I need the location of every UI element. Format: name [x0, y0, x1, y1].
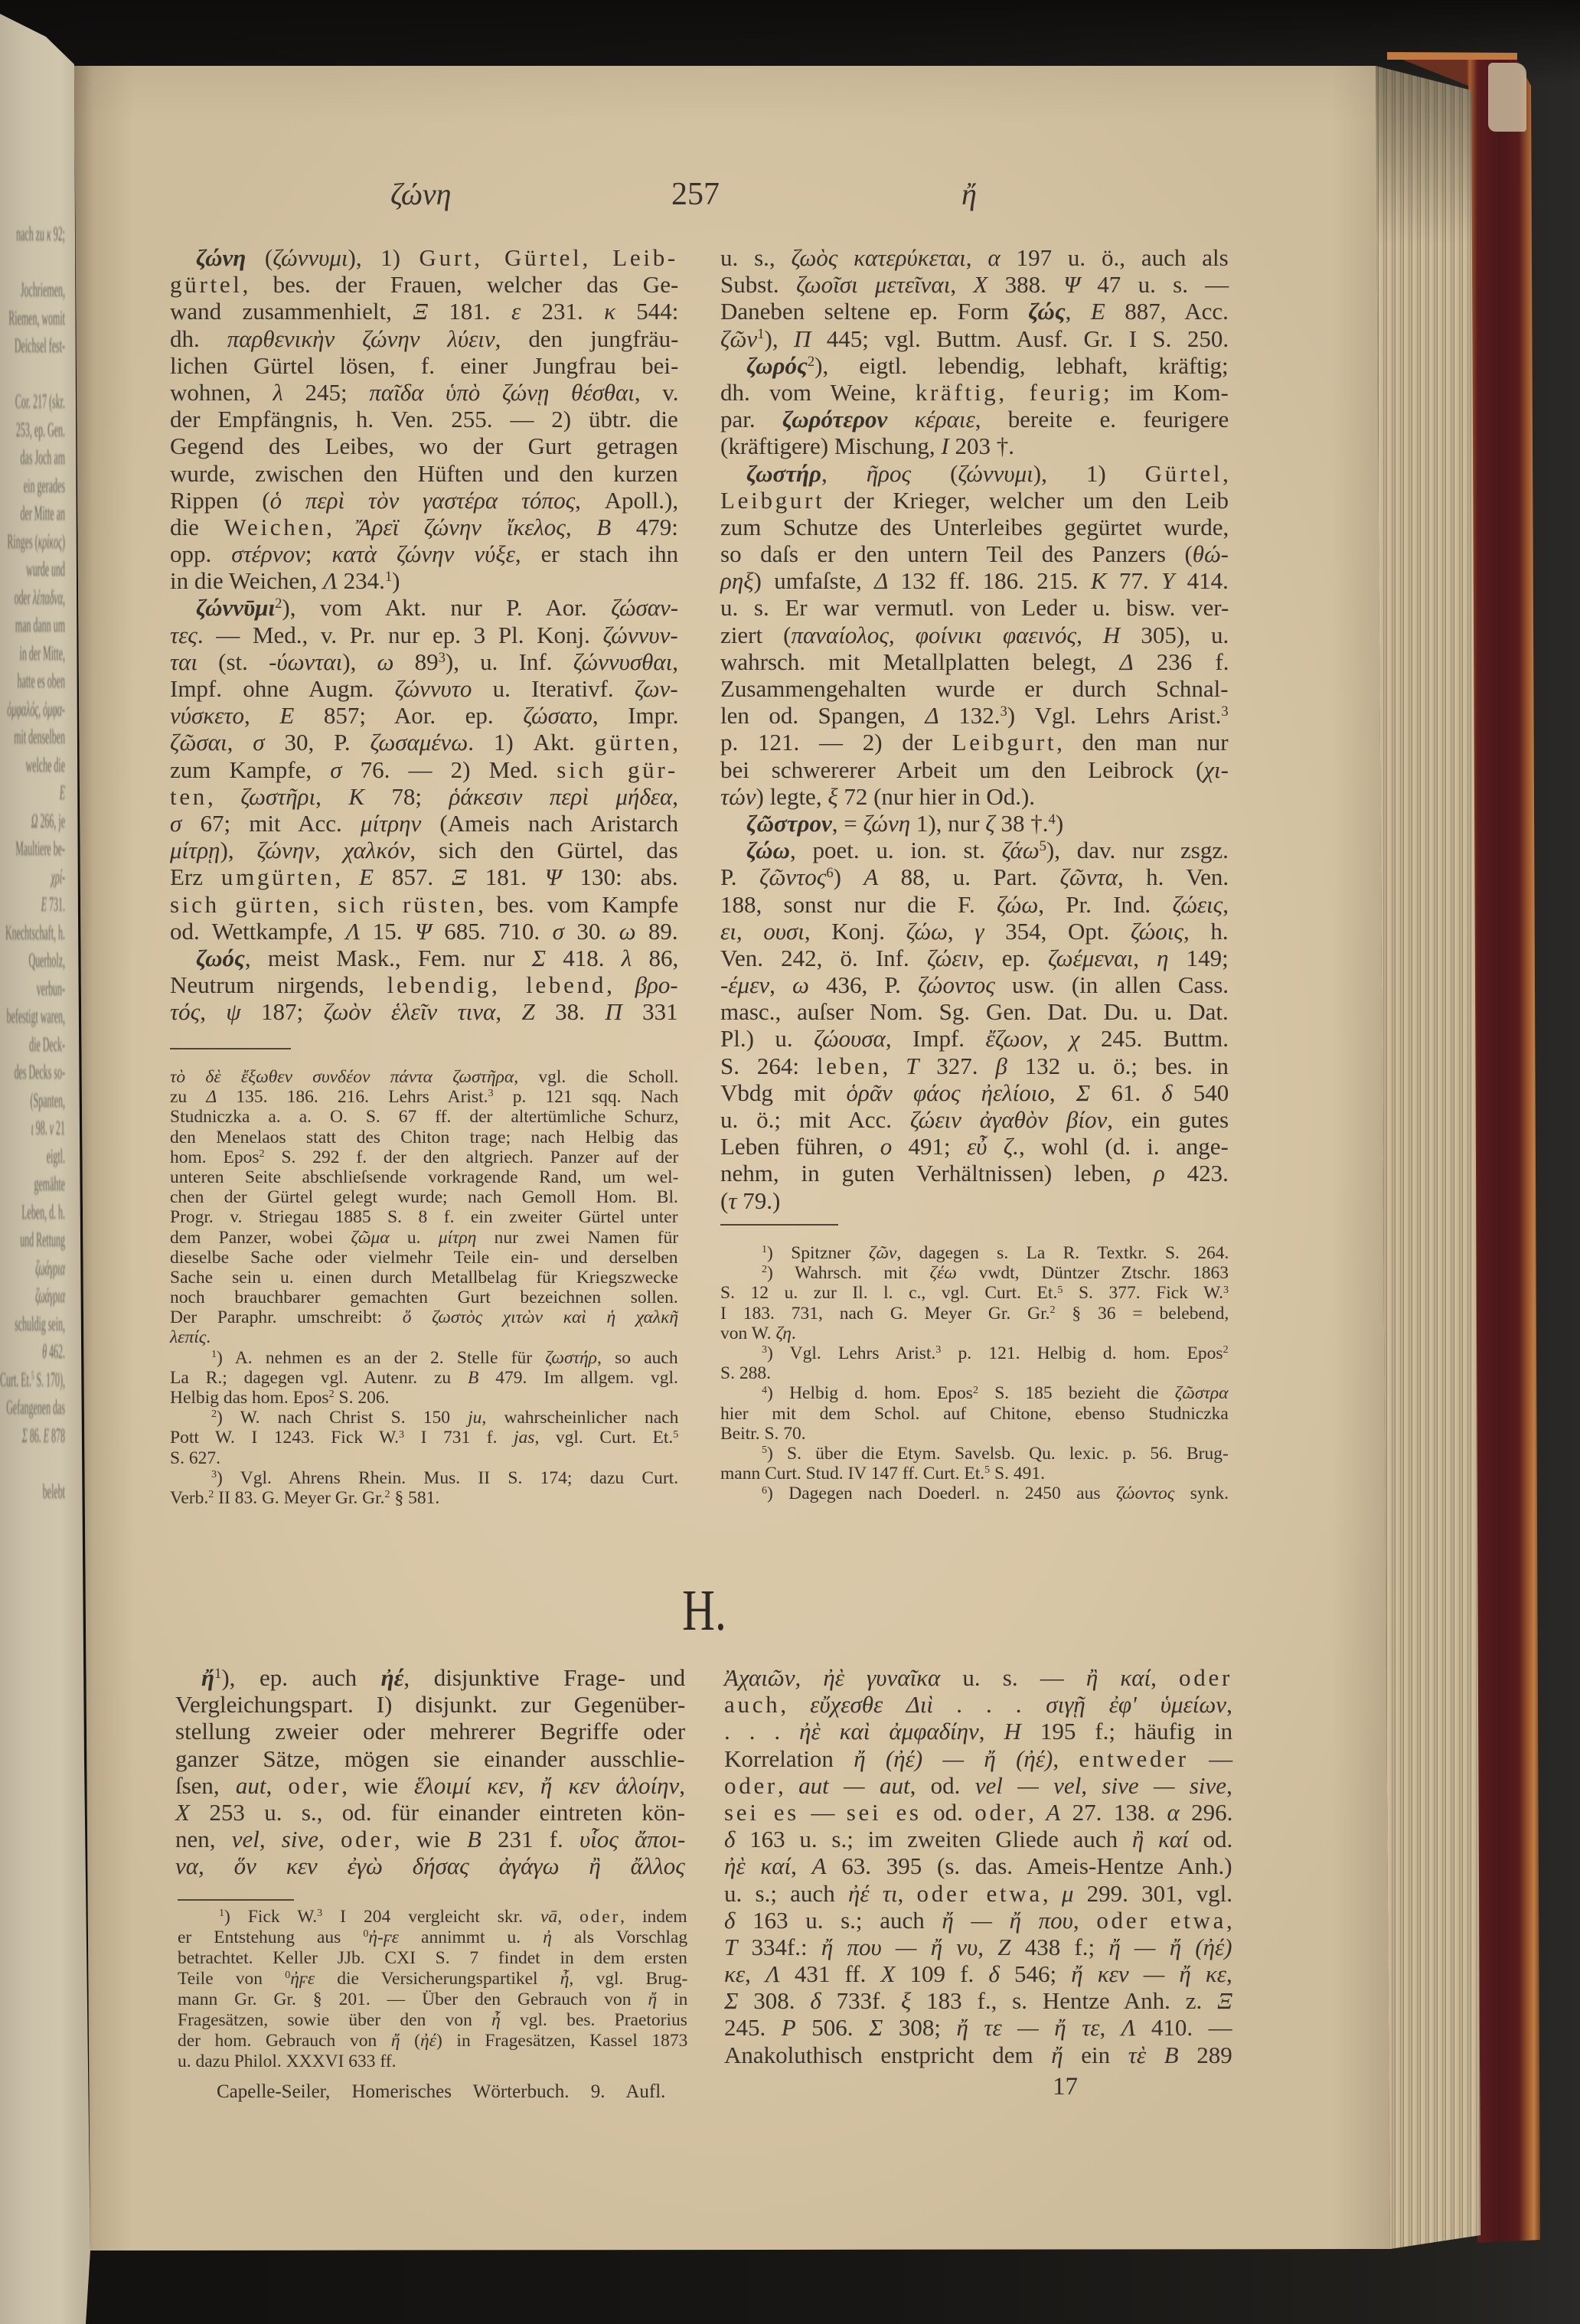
- text-run: (: [720, 1187, 728, 1214]
- italic-text: ἠέ τι: [848, 1880, 898, 1907]
- text-run: .: [792, 1324, 796, 1343]
- italic-text: κ: [604, 298, 615, 325]
- italic-text: Ἄρεϊ ζώνην ἴκελος: [357, 514, 566, 540]
- text-run: ) Dagegen nach Doederl. n. 2450 aus: [767, 1484, 1116, 1503]
- text-run: synk.: [1174, 1484, 1229, 1503]
- text-line: zum Schutze des Unterleibes gegürtet wur…: [720, 514, 1229, 540]
- text-run: Leben, d. h.: [21, 1201, 65, 1223]
- text-run: Teile von: [178, 1969, 285, 1989]
- italic-text: ω: [377, 648, 394, 675]
- italic-text: E: [41, 893, 47, 916]
- text-run: dem Panzer, wobei: [170, 1228, 351, 1248]
- italic-text: ζώννυν-: [603, 622, 678, 648]
- footnote-marker: 2: [762, 1263, 767, 1275]
- text-run: Anakoluthisch enstpricht dem: [724, 2042, 1051, 2068]
- text-run: 733f.: [821, 1987, 901, 2014]
- text-run: . . .: [724, 1718, 799, 1745]
- text-run: u. ö.; mit Acc.: [720, 1106, 910, 1133]
- left-column-top: ζώνη (ζώννυμι), 1) Gurt, Gürtel, Leib-gü…: [170, 244, 678, 1025]
- italic-text: ζώσατο: [523, 702, 592, 729]
- italic-text: ζῶσαι: [170, 729, 227, 756]
- text-line: Ven. 242, ö. Inf. ζώειν, ep. ζωέμεναι, η…: [720, 945, 1229, 971]
- spaced-text: sich gürten, sich rüsten: [170, 891, 478, 918]
- text-run: ): [1056, 810, 1063, 837]
- italic-text: τες: [170, 622, 197, 648]
- text-run: Progr. v. Striegau 1885 S. 8 f. ein zwei…: [170, 1207, 678, 1227]
- line-text: Querholz,: [29, 947, 65, 975]
- line-text: Σ 308. δ 733f. ξ 183 f., s. Hentze Anh. …: [724, 1987, 1232, 2014]
- right-column-bottom: Ἀχαιῶν, ἠὲ γυναῖκα u. s. — ἢ καί, oderau…: [724, 1664, 1232, 2068]
- line-text: Vergleichungspart. I) disjunkt. zur Gege…: [175, 1691, 685, 1718]
- text-line: die Deck-: [0, 1031, 65, 1059]
- italic-text: ὀμφαλός, ὀμφα-: [7, 698, 65, 720]
- italic-text: ζώννυμι: [273, 244, 348, 271]
- line-text: δ 163 u. s.; auch ἤ — ἤ που, oder etwa,: [724, 1907, 1232, 1934]
- text-run: p. 121. — 2) der: [720, 729, 952, 756]
- text-run: ) S. über die Etym. Savelsb. Qu. lexic. …: [767, 1444, 1229, 1464]
- text-line: S. 264: leben, T 327. β 132 u. ö.; bes. …: [720, 1053, 1229, 1079]
- line-text: mit denselben: [14, 723, 65, 752]
- spaced-text: oder: [1179, 1664, 1232, 1691]
- text-line: I 183. 731, nach G. Meyer Gr. Gr.2 § 36 …: [720, 1304, 1229, 1324]
- line-text: Sache sein u. einen durch Metallbelag fü…: [170, 1268, 678, 1288]
- text-line: mann Gr. Gr. § 201. — Über den Gebrauch …: [178, 1989, 687, 2010]
- italic-text: ῥάκεσιν περὶ μήδεα: [449, 783, 672, 810]
- text-run: ,: [1099, 2014, 1121, 2041]
- italic-text: X: [973, 271, 987, 298]
- text-line: u. ö.; mit Acc. ζώειν ἀγαθὸν βίον, ein g…: [720, 1106, 1229, 1133]
- italic-text: ζῶν: [720, 325, 757, 352]
- text-run: 231.: [521, 298, 604, 325]
- line-text: λεπίς.: [170, 1327, 211, 1347]
- text-line: Σ 86. E 878: [0, 1422, 65, 1451]
- footnote-marker: 1: [757, 326, 764, 342]
- text-run: usw. (in allen Cass.: [995, 971, 1229, 998]
- text-run: ,: [769, 971, 792, 998]
- text-run: , den jungfräu-: [495, 325, 679, 352]
- text-run: ,: [1050, 1079, 1076, 1106]
- text-run: , wahrscheinlicher nach: [482, 1408, 678, 1428]
- text-run: Cor. 217 (skr.: [15, 390, 65, 413]
- text-line: Knechtschaft, h.: [0, 919, 65, 948]
- text-line: χρί-: [0, 863, 65, 892]
- text-run: , so auch: [597, 1348, 678, 1368]
- line-text: Ω 266, je: [31, 808, 65, 836]
- line-text: ζῶστρον, = ζώνη 1), nur ζ 38 †.4): [746, 810, 1063, 840]
- text-line: Vergleichungspart. I) disjunkt. zur Gege…: [175, 1691, 685, 1718]
- imprint-text: Capelle-Seiler, Homerisches Wörterbuch. …: [217, 2081, 665, 2104]
- italic-text: E: [60, 782, 65, 804]
- text-run: II 83. G. Meyer Gr. Gr.: [214, 1488, 384, 1508]
- text-run: , sich den Gürtel, das: [410, 837, 677, 863]
- line-text: 3) Vgl. Ahrens Rhein. Mus. II S. 174; da…: [211, 1468, 678, 1490]
- text-line: Sache sein u. einen durch Metallbelag fü…: [170, 1268, 678, 1288]
- text-run: ,: [978, 1934, 997, 1960]
- italic-text: εὖ ζ.: [967, 1133, 1019, 1160]
- italic-text: να, ὅν κεν ἐγὼ δήσας ἀγάγω ἢ ἄλλος: [175, 1852, 685, 1879]
- line-text: eigtl.: [47, 1143, 65, 1171]
- text-line: bei schwererer Arbeit um den Leibrock (χ…: [720, 756, 1229, 783]
- text-run: annimmt u.: [399, 1927, 543, 1947]
- line-text: wahrsch. mit Metallplatten belegt, Δ 236…: [720, 648, 1229, 675]
- text-run: ,: [557, 1907, 579, 1927]
- printer-signature: 17: [1053, 2074, 1078, 2100]
- text-run: Vbdg mit: [720, 1079, 846, 1106]
- italic-text: ἤ: [391, 2031, 400, 2051]
- text-run: ), u. Inf.: [446, 648, 573, 675]
- text-line: ζώνη (ζώννυμι), 1) Gurt, Gürtel, Leib-: [170, 244, 678, 271]
- line-text: 2) Wahrsch. mit ζέω vwdt, Düntzer Ztschr…: [762, 1263, 1229, 1285]
- text-run: masc., auſser Nom. Sg. Gen. Dat. Du. u. …: [720, 998, 1229, 1025]
- italic-text: α: [987, 244, 1000, 271]
- text-run: ),: [765, 325, 795, 352]
- line-text: τὸ δὲ ἔξωθεν συνδέον πάντα ζωστῆρα, vgl.…: [170, 1067, 678, 1087]
- line-text: Vbdg mit ὁρᾶν φάος ἠελίοιο, Σ 61. δ 540: [720, 1079, 1229, 1106]
- text-line: noch brauchbarer gemachten Gurt bezeichn…: [170, 1288, 678, 1307]
- text-run: nur zwei Namen für: [476, 1228, 678, 1248]
- line-text: (kräftigere) Mischung, I 203 †.: [720, 432, 1014, 459]
- text-line: τός, ψ 187; ζωὸν ἑλεῖν τινα, Z 38. Π 331: [170, 998, 678, 1025]
- line-text: Leibgurt der Krieger, welcher um den Lei…: [720, 487, 1229, 514]
- text-line: welche die: [0, 752, 65, 780]
- text-run: stellung zweier oder mehrerer Begriffe o…: [175, 1718, 685, 1745]
- text-run: 27. 138.: [1060, 1799, 1167, 1826]
- text-line: von W. ζη.: [720, 1324, 1229, 1343]
- text-run: Fragesätzen, sowie über den von: [178, 2010, 491, 2030]
- italic-text: ἠ-ϝε: [368, 1927, 399, 1947]
- line-text: X 253 u. s., od. für einander eintreten …: [175, 1799, 685, 1826]
- italic-text: aut: [236, 1772, 266, 1799]
- text-line: Daneben seltene ep. Form ζώς, E 887, Acc…: [720, 298, 1229, 325]
- italic-text: ζῶντος: [759, 863, 826, 890]
- text-line: u. s., ζωὸς κατερύκεται, α 197 u. ö., au…: [720, 244, 1229, 271]
- text-run: Impf. ohne Augm.: [170, 675, 395, 702]
- line-text: ζῶσαι, σ 30, P. ζωσαμένω. 1) Akt. gürten…: [170, 729, 678, 756]
- spaced-text: Gürtel: [1145, 460, 1223, 487]
- line-text: S. 627.: [170, 1448, 220, 1468]
- text-run: ,: [672, 729, 678, 756]
- text-line: δ 163 u. s.; auch ἤ — ἤ που, oder etwa,: [724, 1907, 1232, 1934]
- text-run: u. s.; auch: [724, 1880, 848, 1907]
- italic-text: ζῶστρα: [1175, 1383, 1229, 1403]
- text-line: Deichsel fest-: [0, 332, 65, 361]
- page-number: 257: [671, 178, 720, 211]
- text-run: in: [657, 1989, 687, 2009]
- line-text: Neutrum nirgends, lebendig, lebend, βρο-: [170, 971, 678, 998]
- line-text: 5) S. über die Etym. Savelsb. Qu. lexic.…: [762, 1444, 1229, 1466]
- text-run: 89.: [635, 918, 677, 945]
- italic-text: ξ: [901, 1987, 911, 2014]
- line-text: od. Wettkampfe, Λ 15. Ψ 685. 710. σ 30. …: [170, 918, 678, 945]
- text-run: , den man nur: [1056, 729, 1228, 756]
- text-run: ,: [1076, 622, 1103, 648]
- spaced-text: umgürten: [221, 863, 335, 890]
- text-line: ζωάγρια: [0, 1282, 65, 1311]
- line-text: σ 67; mit Acc. μίτρην (Ameis nach Arista…: [170, 810, 678, 837]
- text-line: in die Weichen, Λ 234.1): [170, 567, 678, 594]
- text-run: 132.: [939, 702, 1001, 729]
- text-line: Anakoluthisch enstpricht dem ἤ ein τὲ B …: [724, 2042, 1232, 2068]
- text-run: I 731 f.: [404, 1428, 514, 1448]
- spaced-text: oder: [341, 1826, 394, 1852]
- line-text: Verb.2 II 83. G. Meyer Gr. Gr.2 § 581.: [170, 1488, 439, 1510]
- italic-text: χρί-: [51, 866, 65, 888]
- italic-text: ρ: [1154, 1160, 1165, 1186]
- italic-text: Δ: [925, 702, 939, 729]
- italic-text: Z: [521, 998, 534, 1025]
- line-text: Helbig das hom. Epos2 S. 206.: [170, 1388, 389, 1410]
- italic-text: ζωστήρ: [545, 1348, 597, 1368]
- footnote-marker: 5: [673, 1428, 678, 1441]
- italic-text: H: [1103, 622, 1120, 648]
- text-run: , =: [832, 810, 863, 837]
- text-line: ſsen, aut, oder, wie ἕλοιμί κεν, ἤ κεν ἁ…: [175, 1772, 685, 1799]
- text-run: 181.: [428, 298, 511, 325]
- text-line: ζῶν1), Π 445; vgl. Buttm. Ausf. Gr. I S.…: [720, 325, 1229, 352]
- text-line: S. 288.: [720, 1363, 1229, 1383]
- text-line: wahrsch. mit Metallplatten belegt, Δ 236…: [720, 648, 1229, 675]
- footnote-marker: 5: [984, 1464, 990, 1476]
- text-run: ,: [315, 783, 348, 810]
- line-text: betrachtet. Keller JJb. CXI S. 7 findet …: [178, 1948, 687, 1969]
- text-line: T 334f.: ἤ που — ἤ νυ, Z 438 f.; ἤ — ἤ (…: [724, 1934, 1232, 1960]
- text-run: vgl. bes. Praetorius: [501, 2010, 687, 2030]
- text-run: wurde und: [26, 558, 65, 580]
- text-run: ,: [1028, 1799, 1046, 1826]
- italic-text: Ψ: [415, 918, 432, 945]
- text-run: als Vorschlag: [552, 1927, 687, 1947]
- line-text: 1) Fick W.3 I 204 vergleicht skr. vā, od…: [219, 1907, 687, 1930]
- text-line: Teile von 0ἠϝε die Versicherungspartikel…: [178, 1969, 687, 1989]
- text-run: ,: [207, 783, 240, 810]
- italic-text: η: [1157, 945, 1168, 971]
- text-run: ,: [1223, 891, 1229, 918]
- text-run: ,: [898, 1880, 917, 1907]
- text-run: bei schwererer Arbeit um den Leibrock (: [720, 756, 1203, 783]
- text-line: zu Δ 135. 186. 216. Lehrs Arist.3 p. 121…: [170, 1087, 678, 1107]
- text-run: , h. Ven.: [1118, 863, 1229, 890]
- text-run: Jochriemen,: [21, 279, 65, 301]
- text-run: p. 121. Helbig d. hom. Epos: [941, 1343, 1223, 1363]
- italic-text: τὲ: [1128, 2042, 1146, 2068]
- italic-text: Σ: [869, 2014, 883, 2041]
- facing-page-text: nach zu κ 92;Jochriemen,Riemen, womitDei…: [0, 220, 65, 1506]
- text-line: wand zusammenhielt, Ξ 181. ε 231. κ 544:: [170, 298, 678, 325]
- cover-worn-corner: [1488, 63, 1526, 132]
- text-run: 334f.:: [737, 1934, 821, 1960]
- text-run: u. s. —: [940, 1664, 1086, 1691]
- italic-text: E: [44, 1425, 49, 1447]
- line-text: Maultiere be-: [15, 835, 65, 863]
- spaced-text: sich gür-: [557, 756, 678, 783]
- line-text: ζώννῡμι2), vom Akt. nur P. Aor. ζώσαν-: [196, 594, 678, 625]
- text-run: 132 u. ö.; bes. in: [1007, 1053, 1229, 1079]
- line-text: nen, vel, sive, oder, wie B 231 f. υἷος …: [175, 1826, 685, 1852]
- footnote-marker: 3: [317, 1907, 322, 1919]
- text-line: hatte es oben: [0, 667, 65, 696]
- text-run: welche die: [26, 754, 65, 776]
- text-line: der Empfängnis, h. Ven. 255. — 2) übtr. …: [170, 406, 678, 432]
- text-run: 47 u. s. —: [1080, 271, 1229, 298]
- line-text: befestigt waren,: [7, 1003, 65, 1031]
- italic-text: α: [1167, 1799, 1179, 1826]
- text-run: zum Kampfe,: [170, 756, 330, 783]
- text-run: 414.: [1174, 567, 1229, 594]
- text-run: ziert (: [720, 622, 791, 648]
- text-run: 15.: [360, 918, 415, 945]
- text-run: ſsen,: [175, 1772, 236, 1799]
- line-text: ἤ1), ep. auch ἠέ, disjunktive Frage- und: [201, 1664, 685, 1695]
- spaced-text: Gurt, Gürtel, Leib-: [419, 244, 678, 271]
- text-run: ,: [566, 514, 596, 540]
- text-run: ,: [1133, 945, 1157, 971]
- line-text: Leben führen, ο 491; εὖ ζ., wohl (d. i. …: [720, 1133, 1229, 1160]
- italic-text: στέρνον: [231, 540, 305, 567]
- italic-text: ζώοις: [1131, 918, 1183, 945]
- line-text: κε, Λ 431 ff. X 109 f. δ 546; ἤ κεν — ἤ …: [724, 1960, 1232, 1987]
- italic-text: β: [995, 1053, 1007, 1079]
- text-run: , wie: [394, 1826, 467, 1852]
- line-text: zum Schutze des Unterleibes gegürtet wur…: [720, 514, 1229, 540]
- text-run: Gefangenen das: [6, 1396, 65, 1418]
- italic-text: ζώουσα: [814, 1025, 886, 1052]
- footnote-marker: 5: [762, 1444, 767, 1456]
- text-line: hom. Epos2 S. 292 f. der den altgriech. …: [170, 1147, 678, 1167]
- text-line: Studniczka a. a. O. S. 67 ff. der altert…: [170, 1107, 678, 1127]
- headword: ζωστήρ: [746, 460, 821, 487]
- line-text: verbun-: [37, 975, 65, 1004]
- line-text: νύσκετο, E 857; Aor. ep. ζώσατο, Impr.: [170, 702, 678, 729]
- italic-text: ψ: [226, 998, 240, 1025]
- text-run: S. 491.: [990, 1464, 1045, 1484]
- line-text: T 334f.: ἤ που — ἤ νυ, Z 438 f.; ἤ — ἤ (…: [724, 1934, 1232, 1960]
- imprint-line: Capelle-Seiler, Homerisches Wörterbuch. …: [217, 2081, 665, 2104]
- italic-text: Λ: [323, 567, 338, 594]
- line-text: τός, ψ 187; ζωὸν ἑλεῖν τινα, Z 38. Π 331: [170, 998, 678, 1025]
- text-run: dh.: [170, 325, 227, 352]
- line-text: 1) Spitzner ζῶν, dagegen s. La R. Textkr…: [762, 1243, 1229, 1265]
- text-line: u. s. Er war vermutl. von Leder u. bisw.…: [720, 594, 1229, 621]
- text-run: od.: [1189, 1826, 1233, 1852]
- text-run: u. dazu Philol. XXXVI 633 ff.: [178, 2051, 396, 2071]
- line-text: zum Kampfe, σ 76. — 2) Med. sich gür-: [170, 756, 678, 783]
- italic-text: Σ: [532, 945, 546, 971]
- text-line: 245. P 506. Σ 308; ἤ τε — ἤ τε, Λ 410. —: [724, 2014, 1232, 2041]
- headword: ζωρότερον: [782, 406, 887, 432]
- italic-text: μ: [1062, 1880, 1074, 1907]
- italic-text: παῖδα ὑπὸ ζώνῃ θέσθαι: [369, 379, 635, 406]
- text-run: , wohl (d. i. ange-: [1019, 1133, 1229, 1160]
- footnote-marker: 2: [1050, 1304, 1056, 1316]
- text-run: , Impr.: [592, 702, 679, 729]
- text-run: nehm, in guten Verhältnissen) leben,: [720, 1160, 1154, 1186]
- line-text: ſsen, aut, oder, wie ἕλοιμί κεν, ἤ κεν ἁ…: [175, 1772, 685, 1799]
- italic-text: Δ: [874, 567, 888, 594]
- text-run: ,: [672, 648, 678, 675]
- text-run: Ven. 242, ö. Inf.: [720, 945, 927, 971]
- text-run: 231 f.: [482, 1826, 579, 1852]
- line-text: να, ὅν κεν ἐγὼ δήσας ἀγάγω ἢ ἄλλος: [175, 1852, 685, 1879]
- text-line: man dann um: [0, 612, 65, 640]
- text-run: noch brauchbarer gemachten Gurt bezeichn…: [170, 1288, 678, 1307]
- line-text: μίτρῃ), ζώνην, χαλκόν, sich den Gürtel, …: [170, 837, 678, 863]
- line-text: ζωάγρια: [35, 1282, 65, 1311]
- text-run: 410. —: [1135, 2014, 1232, 2041]
- italic-text: Λ: [766, 1960, 780, 1987]
- text-run: ganzer Sätze, mögen sie einander ausschl…: [175, 1745, 685, 1772]
- spaced-text: Leibgurt: [720, 487, 825, 514]
- text-run: Vergleichungspart. I) disjunkt. zur Gege…: [175, 1691, 685, 1718]
- text-run: wurde, zwischen den Hüften und den kurze…: [170, 460, 678, 487]
- italic-text: Y: [1161, 567, 1174, 594]
- italic-text: χι-: [1203, 756, 1229, 783]
- text-line: νύσκετο, E 857; Aor. ep. ζώσατο, Impr.: [170, 702, 678, 729]
- line-text: u. s.; auch ἠέ τι, oder etwa, μ 299. 301…: [724, 1880, 1232, 1907]
- line-text: I 183. 731, nach G. Meyer Gr. Gr.2 § 36 …: [720, 1304, 1229, 1326]
- text-run: 236 f.: [1134, 648, 1229, 675]
- line-text: von W. ζη.: [720, 1324, 796, 1343]
- text-run: S. 185 bezieht die: [978, 1383, 1175, 1403]
- text-line: oder, aut — aut, od. vel — vel, sive — s…: [724, 1772, 1232, 1799]
- italic-text: ἤ: [1051, 2042, 1063, 2068]
- line-text: Gegend des Leibes, wo der Gurt getragen: [170, 432, 678, 459]
- spaced-text: kräftig, feurig: [916, 379, 1103, 406]
- text-run: mann Curt. Stud. IV 147 ff. Curt. Et.: [720, 1464, 984, 1484]
- text-line: Querholz,: [0, 947, 65, 975]
- text-run: 436, P.: [809, 971, 918, 998]
- text-line: u. s.; auch ἠέ τι, oder etwa, μ 299. 301…: [724, 1880, 1232, 1907]
- italic-text: Λ: [346, 918, 361, 945]
- text-run: 289: [1179, 2042, 1232, 2068]
- spaced-text: gürtel: [170, 271, 243, 298]
- text-run: Beitr. S. 70.: [720, 1424, 806, 1444]
- line-text: hatte es oben: [18, 667, 65, 696]
- footnote-marker: 5: [1057, 1284, 1063, 1296]
- italic-text: ζάω: [1002, 837, 1040, 863]
- text-line: len od. Spangen, Δ 132.3) Vgl. Lehrs Ari…: [720, 702, 1229, 729]
- text-line: verbun-: [0, 975, 65, 1004]
- line-text: der Mitte an: [21, 500, 65, 528]
- italic-text: ζωοῖσι μετεῖναι: [796, 271, 950, 298]
- text-run: ,: [1226, 1772, 1232, 1799]
- line-text: Der Paraphr. umschreibt: ὅ ζωστὸς χιτὼν …: [170, 1307, 678, 1327]
- footnote-marker: 3: [935, 1343, 941, 1356]
- text-run: so daſs er den untern Teil des Panzers (: [720, 540, 1193, 567]
- italic-text: Π: [794, 325, 811, 352]
- text-run: 685. 710.: [432, 918, 553, 945]
- text-run: 67; mit Acc.: [181, 810, 361, 837]
- italic-text: Ψ: [1063, 271, 1080, 298]
- text-run: ,: [244, 702, 279, 729]
- text-line: gürtel, bes. der Frauen, welcher das Ge-: [170, 271, 678, 298]
- text-run: ,: [335, 863, 359, 890]
- text-line: Ἀχαιῶν, ἠὲ γυναῖκα u. s. — ἢ καί, oder: [724, 1664, 1232, 1691]
- footnote-marker: 2: [973, 1384, 978, 1396]
- text-run: 878: [49, 1425, 65, 1447]
- text-run: od. Wettkampfe,: [170, 918, 346, 945]
- text-run: ), 1): [1033, 460, 1145, 487]
- line-text: Deichsel fest-: [15, 332, 65, 361]
- line-text: ει, ουσι, Konj. ζώω, γ 354, Opt. ζώοις, …: [720, 918, 1229, 945]
- text-run: ,: [266, 1772, 288, 1799]
- line-text: par. ζωρότερον κέραιε, bereite e. feurig…: [720, 406, 1229, 432]
- text-run: ),: [342, 648, 377, 675]
- text-run: 188, sonst nur die F.: [720, 891, 997, 918]
- text-run: (: [911, 460, 958, 487]
- text-line: dh. vom Weine, kräftig, feurig; im Kom-: [720, 379, 1229, 406]
- text-run: 76. — 2) Med.: [342, 756, 557, 783]
- text-line: Subst. ζωοῖσι μετεῖναι, X 388. Ψ 47 u. s…: [720, 271, 1229, 298]
